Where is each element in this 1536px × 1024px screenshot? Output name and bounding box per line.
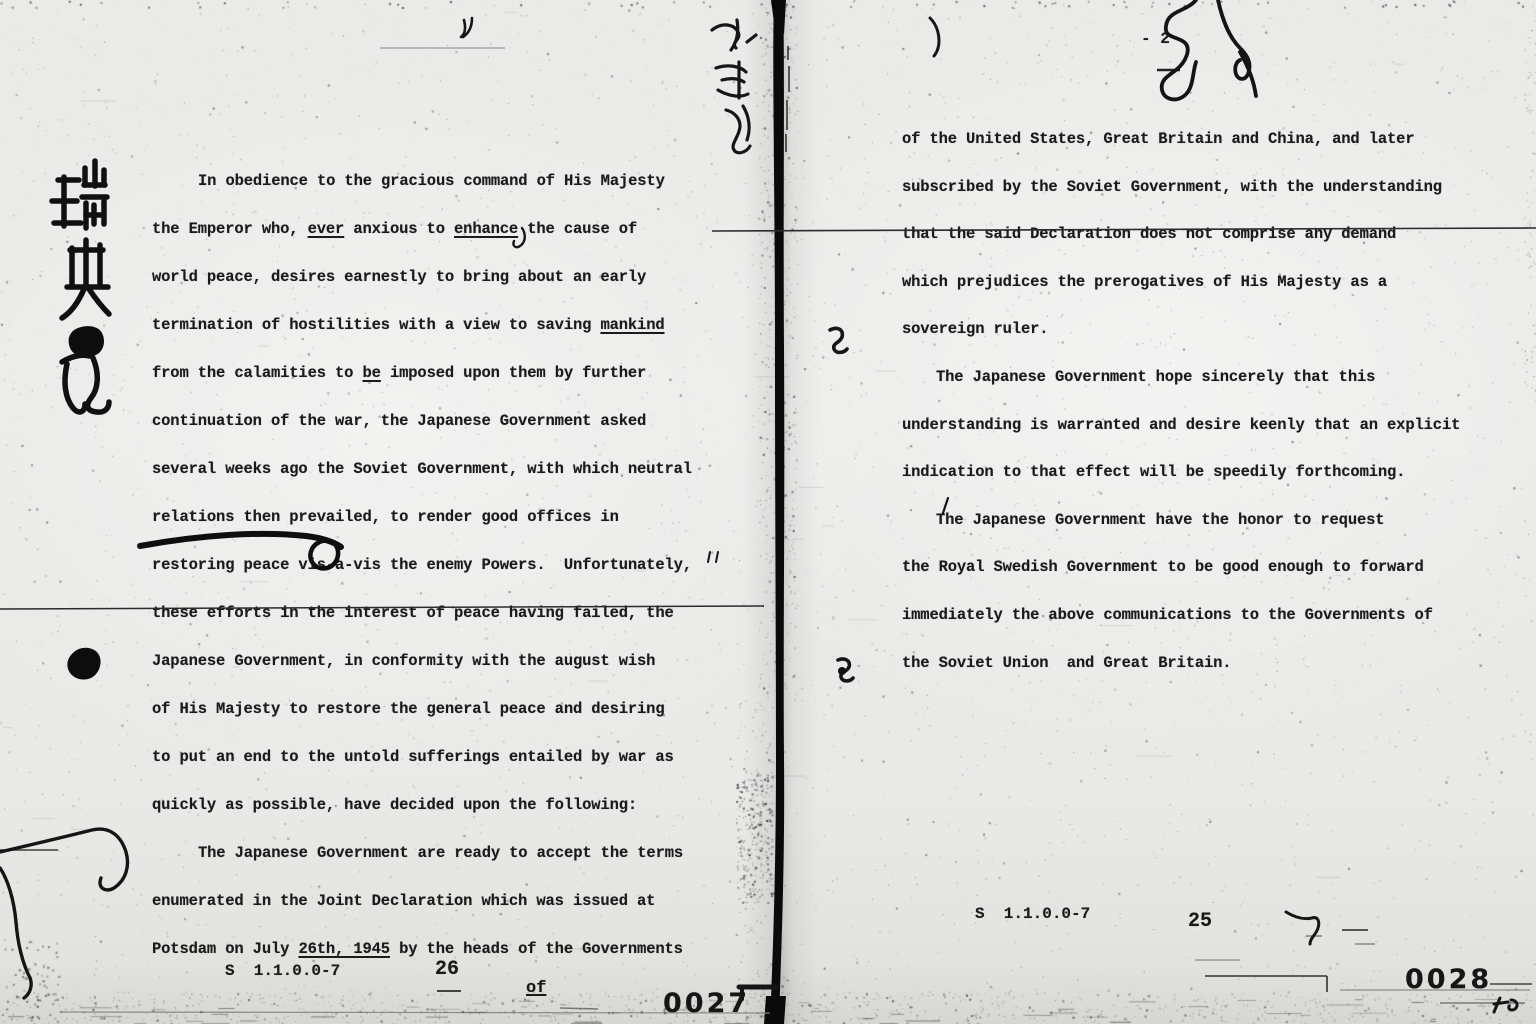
binding-fold-shadow: [742, 0, 820, 1024]
right-page-text-block: of the United States, Great Britain and …: [902, 130, 1492, 701]
left-archive-stamp-number: 0027: [663, 988, 750, 1019]
typed-text-line: In obedience to the gracious command of …: [152, 172, 737, 220]
ink-scribble-fold-upper: [830, 328, 847, 352]
typed-text-line: several weeks ago the Soviet Government,…: [152, 460, 737, 508]
typed-text-line: which prejudices the prerogatives of His…: [902, 273, 1492, 321]
typed-text-line: relations then prevailed, to render good…: [152, 508, 737, 556]
typed-text-line: indication to that effect will be speedi…: [902, 463, 1492, 511]
checkmark-squiggle: [461, 20, 465, 37]
typed-text-line: quickly as possible, have decided upon t…: [152, 796, 737, 844]
typed-text-line: to put an end to the untold sufferings e…: [152, 748, 737, 796]
typed-text-line: immediately the above communications to …: [902, 606, 1492, 654]
right-footer-page-number: 25: [1188, 910, 1212, 933]
handwritten-scrawl-top-right: [1162, 0, 1256, 99]
paren-mark: [930, 18, 939, 56]
right-footer-reference-code: S 1.1.0.0-7: [975, 905, 1090, 923]
typed-text-line: continuation of the war, the Japanese Go…: [152, 412, 737, 460]
handwritten-kanji-margin: [52, 161, 109, 412]
typed-text-line: subscribed by the Soviet Government, wit…: [902, 178, 1492, 226]
squiggle-right-of-25: [1286, 912, 1319, 944]
typed-text-line: these efforts in the interest of peace h…: [152, 604, 737, 652]
typed-text-line: The Japanese Government hope sincerely t…: [902, 368, 1492, 416]
typed-text-line: The Japanese Government are ready to acc…: [152, 844, 737, 892]
right-archive-stamp-number: 0028: [1405, 964, 1492, 995]
typed-text-line: of His Majesty to restore the general pe…: [152, 700, 737, 748]
typed-text-line: the Royal Swedish Government to be good …: [902, 558, 1492, 606]
typed-text-line: termination of hostilities with a view t…: [152, 316, 737, 364]
left-page-text-block: In obedience to the gracious command of …: [152, 172, 737, 988]
left-footer-of-label: of: [526, 979, 546, 998]
scanned-document-page: In obedience to the gracious command of …: [0, 0, 1536, 1024]
typed-text-line: world peace, desires earnestly to bring …: [152, 268, 737, 316]
typed-text-line: of the United States, Great Britain and …: [902, 130, 1492, 178]
typed-text-line: The Japanese Government have the honor t…: [902, 511, 1492, 559]
left-footer-reference-code: S 1.1.0.0-7: [225, 962, 340, 980]
typed-text-line: the Emperor who, ever anxious to enhance…: [152, 220, 737, 268]
typed-text-line: restoring peace vis-a-vis the enemy Powe…: [152, 556, 737, 604]
bottom-left-scribble: [0, 829, 128, 998]
typed-text-line: enumerated in the Joint Declaration whic…: [152, 892, 737, 940]
typed-text-line: that the said Declaration does not compr…: [902, 225, 1492, 273]
typed-text-line: sovereign ruler.: [902, 320, 1492, 368]
page-number: - 2: [1141, 30, 1170, 48]
typed-text-line: the Soviet Union and Great Britain.: [902, 654, 1492, 702]
typed-text-line: from the calamities to be imposed upon t…: [152, 364, 737, 412]
ink-blob-left-margin: [67, 648, 100, 680]
bottom-right-mark: [1494, 998, 1517, 1012]
ink-scribble-fold-lower: [838, 659, 853, 681]
left-footer-page-number: 26: [435, 958, 459, 981]
typed-text-line: understanding is warranted and desire ke…: [902, 416, 1492, 464]
typed-text-line: Japanese Government, in conformity with …: [152, 652, 737, 700]
